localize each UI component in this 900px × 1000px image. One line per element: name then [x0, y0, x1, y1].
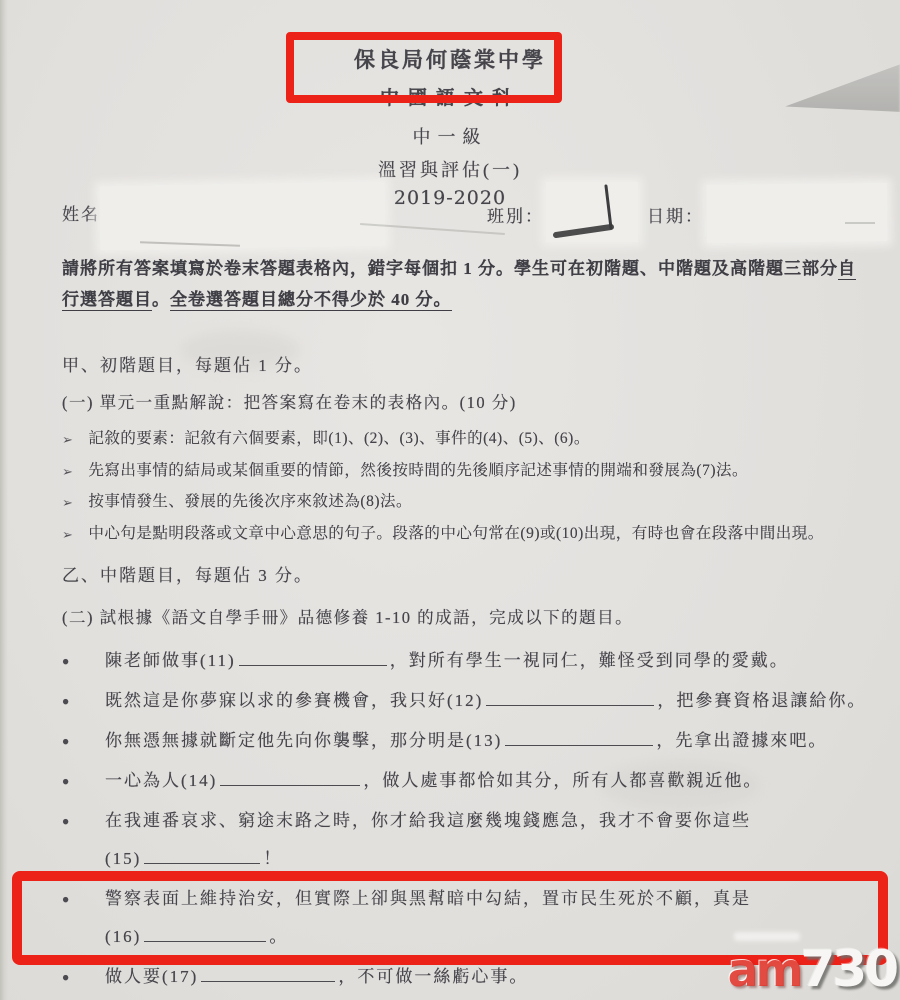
fill-in-question: ●一心為人(14)，做人處事都恰如其分，所有人都喜歡親近他。: [62, 765, 868, 796]
exam-title: 溫習與評估(一): [0, 156, 900, 182]
instructions-separator: 。: [152, 290, 170, 309]
question-number: (13): [466, 731, 502, 750]
arrow-bullet-icon: ➢: [62, 427, 73, 454]
question-text: 陳老師做事: [105, 651, 200, 670]
question-tail: ，把參賽資格退讓給你。: [657, 691, 866, 710]
question-tail: ，做人處事都恰如其分，所有人都喜歡親近他。: [363, 771, 762, 790]
question-line: 做人要(17)，不可做一絲虧心事。: [105, 967, 528, 986]
form-level: 中一級: [0, 123, 900, 149]
answer-blank: [239, 650, 387, 666]
date-label: 日期：: [647, 202, 704, 227]
answer-blank: [201, 966, 335, 982]
question-text: 做人要: [105, 967, 162, 986]
dot-bullet-icon: ●: [62, 766, 69, 797]
answer-blank: [144, 848, 260, 864]
instructions-text: 請將所有答案填寫於卷末答題表格內，錯字每個扣 1 分。學生可在初階題、中階題及高…: [62, 259, 838, 278]
am730-watermark: am730: [728, 944, 896, 994]
question-number: (11): [200, 651, 236, 670]
answer-blank: [486, 690, 654, 706]
question-tail: ，不可做一絲虧心事。: [338, 967, 528, 986]
section-a-heading: 甲、初階題目，每題佔 1 分。: [62, 352, 870, 380]
question-number: (15): [105, 849, 141, 868]
dot-bullet-icon: ●: [62, 726, 69, 757]
exam-instructions: 請將所有答案填寫於卷末答題表格內，錯字每個扣 1 分。學生可在初階題、中階題及高…: [62, 253, 860, 315]
key-point-text: 記敘的要素：記敘有六個要素，即(1)、(2)、(3)、事件的(4)、(5)、(6…: [88, 426, 589, 453]
watermark-am: am: [728, 943, 801, 997]
watermark-730: 730: [801, 940, 896, 998]
question-line: 在我連番哀求、窮途末路之時，你才給我這麼幾塊錢應急，我才不會要你這些(15)！: [105, 811, 868, 868]
fill-in-question: ●你無憑無據就斷定他先向你襲擊，那分明是(13)，先拿出證據來吧。: [62, 725, 868, 756]
highlight-box-school: [286, 32, 562, 103]
question-line: 一心為人(14)，做人處事都恰如其分，所有人都喜歡親近他。: [105, 771, 762, 790]
section-a: 甲、初階題目，每題佔 1 分。 (一) 單元一重點解說：把答案寫在卷末的表格內。…: [62, 352, 870, 552]
redacted-date-area: [707, 183, 888, 243]
watermark-ghost-text: [734, 932, 800, 941]
line-break: [105, 836, 868, 843]
faint-pen-stroke: [845, 222, 875, 224]
question-tail: ，先拿出證據來吧。: [656, 731, 827, 750]
key-point-text: 中心句是點明段落或文章中心意思的句子。段落的中心句常在(9)或(10)出現，有時…: [88, 521, 823, 548]
dot-bullet-icon: ●: [62, 806, 69, 837]
question-line: 既然這是你夢寐以求的參賽機會，我只好(12)，把參賽資格退讓給你。: [105, 691, 866, 710]
question-line: 陳老師做事(11)，對所有學生一視同仁，難怪受到同學的愛戴。: [105, 651, 789, 670]
handwritten-mark: [548, 184, 640, 244]
question-text: 在我連番哀求、窮途末路之時，你才給我這麼幾塊錢應急，我才不會要你這些: [105, 811, 751, 830]
question-tail: ！: [263, 849, 282, 868]
question-number: (12): [447, 691, 483, 710]
redacted-name-area: [99, 182, 385, 251]
section-b: 乙、中階題目，每題佔 3 分。 (二) 試根據《語文自學手冊》品德修養 1-10…: [62, 562, 870, 632]
question-tail: ，對所有學生一視同仁，難怪受到同學的愛戴。: [390, 651, 789, 670]
key-point: ➢ 按事情發生、發展的先後次序來敘述為(8)法。: [62, 489, 870, 516]
dot-bullet-icon: ●: [62, 962, 69, 993]
key-point: ➢ 記敘的要素：記敘有六個要素，即(1)、(2)、(3)、事件的(4)、(5)、…: [62, 426, 870, 453]
key-point-text: 先寫出事情的結局或某個重要的情節，然後按時間的先後順序記述事情的開端和發展為(7…: [88, 458, 748, 485]
question-text: 一心為人: [105, 771, 181, 790]
answer-blank: [505, 730, 653, 746]
section-a-subheading: (一) 單元一重點解說：把答案寫在卷末的表格內。(10 分): [62, 389, 870, 417]
arrow-bullet-icon: ➢: [62, 490, 73, 517]
instructions-underlined-2: 全卷選答題目總分不得少於 40 分。: [170, 290, 452, 311]
key-point: ➢ 中心句是點明段落或文章中心意思的句子。段落的中心句常在(9)或(10)出現，…: [62, 521, 870, 548]
question-number: (17): [162, 967, 198, 986]
section-b-subheading: (二) 試根據《語文自學手冊》品德修養 1-10 的成語，完成以下的題目。: [62, 604, 870, 632]
arrow-bullet-icon: ➢: [62, 459, 73, 486]
question-line: 你無憑無據就斷定他先向你襲擊，那分明是(13)，先拿出證據來吧。: [105, 731, 827, 750]
dot-bullet-icon: ●: [62, 646, 69, 677]
dot-bullet-icon: ●: [62, 686, 69, 717]
key-point: ➢ 先寫出事情的結局或某個重要的情節，然後按時間的先後順序記述事情的開端和發展為…: [62, 458, 870, 485]
question-text: 既然這是你夢寐以求的參賽機會，我只好: [105, 691, 447, 710]
question-text: 你無憑無據就斷定他先向你襲擊，那分明是: [105, 731, 466, 750]
answer-blank: [220, 770, 360, 786]
section-a-key-points: ➢ 記敘的要素：記敘有六個要素，即(1)、(2)、(3)、事件的(4)、(5)、…: [62, 426, 870, 547]
arrow-bullet-icon: ➢: [62, 522, 73, 549]
fill-in-question: ●既然這是你夢寐以求的參賽機會，我只好(12)，把參賽資格退讓給你。: [62, 685, 868, 716]
fill-in-question: ●陳老師做事(11)，對所有學生一視同仁，難怪受到同學的愛戴。: [62, 645, 868, 676]
question-number: (14): [181, 771, 217, 790]
key-point-text: 按事情發生、發展的先後次序來敘述為(8)法。: [88, 489, 412, 516]
section-b-heading: 乙、中階題目，每題佔 3 分。: [62, 562, 870, 590]
fill-in-question: ●在我連番哀求、窮途末路之時，你才給我這麼幾塊錢應急，我才不會要你這些(15)！: [62, 805, 868, 874]
class-label: 班別：: [487, 202, 544, 227]
